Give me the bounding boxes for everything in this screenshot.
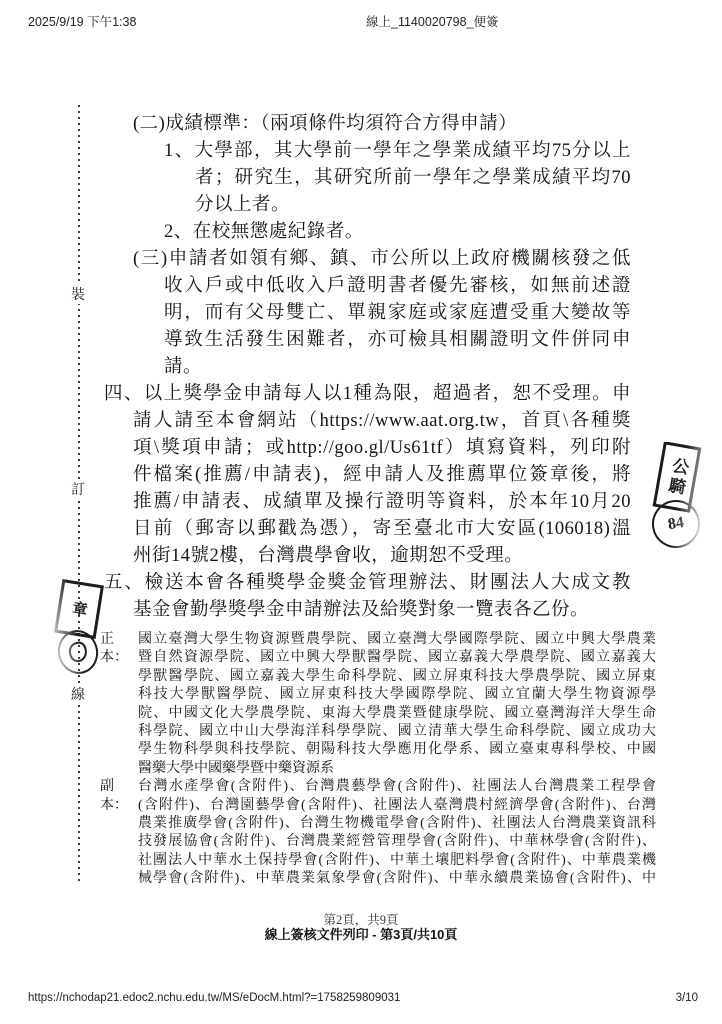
body-line: 日前（郵寄以郵戳為憑），寄至臺北市大安區(106018)溫 bbox=[104, 516, 631, 543]
recipients-line: 國立臺灣大學生物資源暨農學院、國立臺灣大學國際學院、國立中興大學農業 bbox=[138, 631, 656, 649]
cc-line: 農業推廣學會(含附件)、台灣生物機電學會(含附件)、社團法人台灣農業資訊科 bbox=[138, 815, 656, 833]
printed-document-page: 2025/9/19 下午1:38 線上_1140020798_便簽 https:… bbox=[0, 0, 722, 1024]
binding-label-zhuang: 裝 bbox=[65, 284, 91, 304]
left-crosspage-stamp: 章 bbox=[50, 578, 110, 678]
body-line: 基金會勤學獎學金申請辦法及給獎對象一覽表各乙份。 bbox=[104, 597, 631, 624]
recipients-line: 科學院、國立中山大學海洋科學學院、國立清華大學生命科學院、國立成功大 bbox=[138, 723, 656, 741]
body-line: 分以上者。 bbox=[104, 192, 631, 219]
right-crosspage-stamp: 公騎 84 bbox=[648, 442, 710, 550]
body-line: 請人請至本會網站（https://www.aat.org.tw，首頁\各種獎 bbox=[104, 408, 631, 435]
body-line: 者；研究生，其研究所前一學年之學業成績平均70 bbox=[104, 165, 631, 192]
cc-block: 副本： 台灣水產學會(含附件)、台灣農藝學會(含附件)、社團法人台灣農業工程學會… bbox=[100, 778, 656, 888]
body-line: 州街14號2樓，台灣農學會收，逾期恕不受理。 bbox=[104, 543, 631, 570]
cc-line: 技發展協會(含附件)、台灣農業經營管理學會(含附件)、中華林學會(含附件)、 bbox=[138, 833, 656, 851]
recipients-block: 正本： 國立臺灣大學生物資源暨農學院、國立臺灣大學國際學院、國立中興大學農業 暨… bbox=[100, 631, 656, 778]
recipients-line: 科技大學獸醫學院、國立屏東科技大學國際學院、國立宜蘭大學生物資源學 bbox=[138, 686, 656, 704]
body-line: 明，而有父母雙亡、單親家庭或家庭遭受重大變故等 bbox=[104, 300, 631, 327]
recipients-line: 院、中國文化大學農學院、東海大學農業暨健康學院、國立臺灣海洋大學生命 bbox=[138, 705, 656, 723]
body-line: (二)成績標準：（兩項條件均須符合方得申請） bbox=[104, 111, 631, 138]
binding-label-ding: 訂 bbox=[65, 479, 91, 499]
recipients-line: 學生物科學與科技學院、朝陽科技大學應用化學系、國立臺東專科學校、中國 bbox=[138, 741, 656, 759]
cc-line: 社團法人中華水土保持學會(含附件)、中華土壤肥料學會(含附件)、中華農業機 bbox=[138, 852, 656, 870]
body-line: 收入戶或中低收入戶證明書者優先審核，如無前述證 bbox=[104, 273, 631, 300]
recipients-line: 醫藥大學中國藥學暨中藥資源系 bbox=[138, 760, 656, 778]
print-page-indicator: 3/10 bbox=[676, 992, 698, 1004]
cc-line: 械學會(含附件)、中華農業氣象學會(含附件)、中華永續農業協會(含附件)、中 bbox=[138, 870, 656, 888]
cc-line: 台灣水產學會(含附件)、台灣農藝學會(含附件)、社團法人台灣農業工程學會 bbox=[138, 778, 656, 796]
document-title: 線上_1140020798_便簽 bbox=[366, 12, 499, 30]
cc-line: (含附件)、台灣園藝學會(含附件)、社團法人臺灣農村經濟學會(含附件)、台灣 bbox=[138, 797, 656, 815]
cc-label: 副本： bbox=[100, 778, 138, 815]
print-timestamp: 2025/9/19 下午1:38 bbox=[28, 12, 136, 30]
body-line: 推薦/申請表、成績單及操行證明等資料，於本年10月20 bbox=[104, 489, 631, 516]
body-line: 四、以上獎學金申請每人以1種為限，超過者，恕不受理。申 bbox=[104, 381, 631, 408]
distribution-lists: 正本： 國立臺灣大學生物資源暨農學院、國立臺灣大學國際學院、國立中興大學農業 暨… bbox=[100, 631, 656, 888]
recipients-line: 暨自然資源學院、國立中興大學獸醫學院、國立嘉義大學農學院、國立嘉義大 bbox=[138, 649, 656, 667]
body-line: 1、大學部，其大學前一學年之學業成績平均75分以上 bbox=[104, 138, 631, 165]
esign-print-footer: 線上簽核文件列印 - 第3頁/共10頁 bbox=[0, 924, 722, 943]
body-line: 項\獎項申請；或http://goo.gl/Us61tf）填寫資料，列印附 bbox=[104, 435, 631, 462]
recipients-line: 學獸醫學院、國立嘉義大學生命科學院、國立屏東科技大學農學院、國立屏東 bbox=[138, 668, 656, 686]
document-body: (二)成績標準：（兩項條件均須符合方得申請） 1、大學部，其大學前一學年之學業成… bbox=[104, 111, 631, 624]
source-url: https://nchodap21.edoc2.nchu.edu.tw/MS/e… bbox=[28, 992, 400, 1004]
body-line: (三)申請者如領有鄉、鎮、市公所以上政府機關核發之低 bbox=[104, 246, 631, 273]
body-line: 2、在校無懲處紀錄者。 bbox=[104, 219, 631, 246]
body-line: 五、檢送本會各種獎學金獎金管理辦法、財團法人大成文教 bbox=[104, 570, 631, 597]
body-line: 請。 bbox=[104, 354, 631, 381]
body-line: 導致生活發生困難者，亦可檢具相關證明文件併同申 bbox=[104, 327, 631, 354]
binding-label-xian: 線 bbox=[65, 684, 91, 704]
body-line: 件檔案(推薦/申請表)，經申請人及推薦單位簽章後，將 bbox=[104, 462, 631, 489]
